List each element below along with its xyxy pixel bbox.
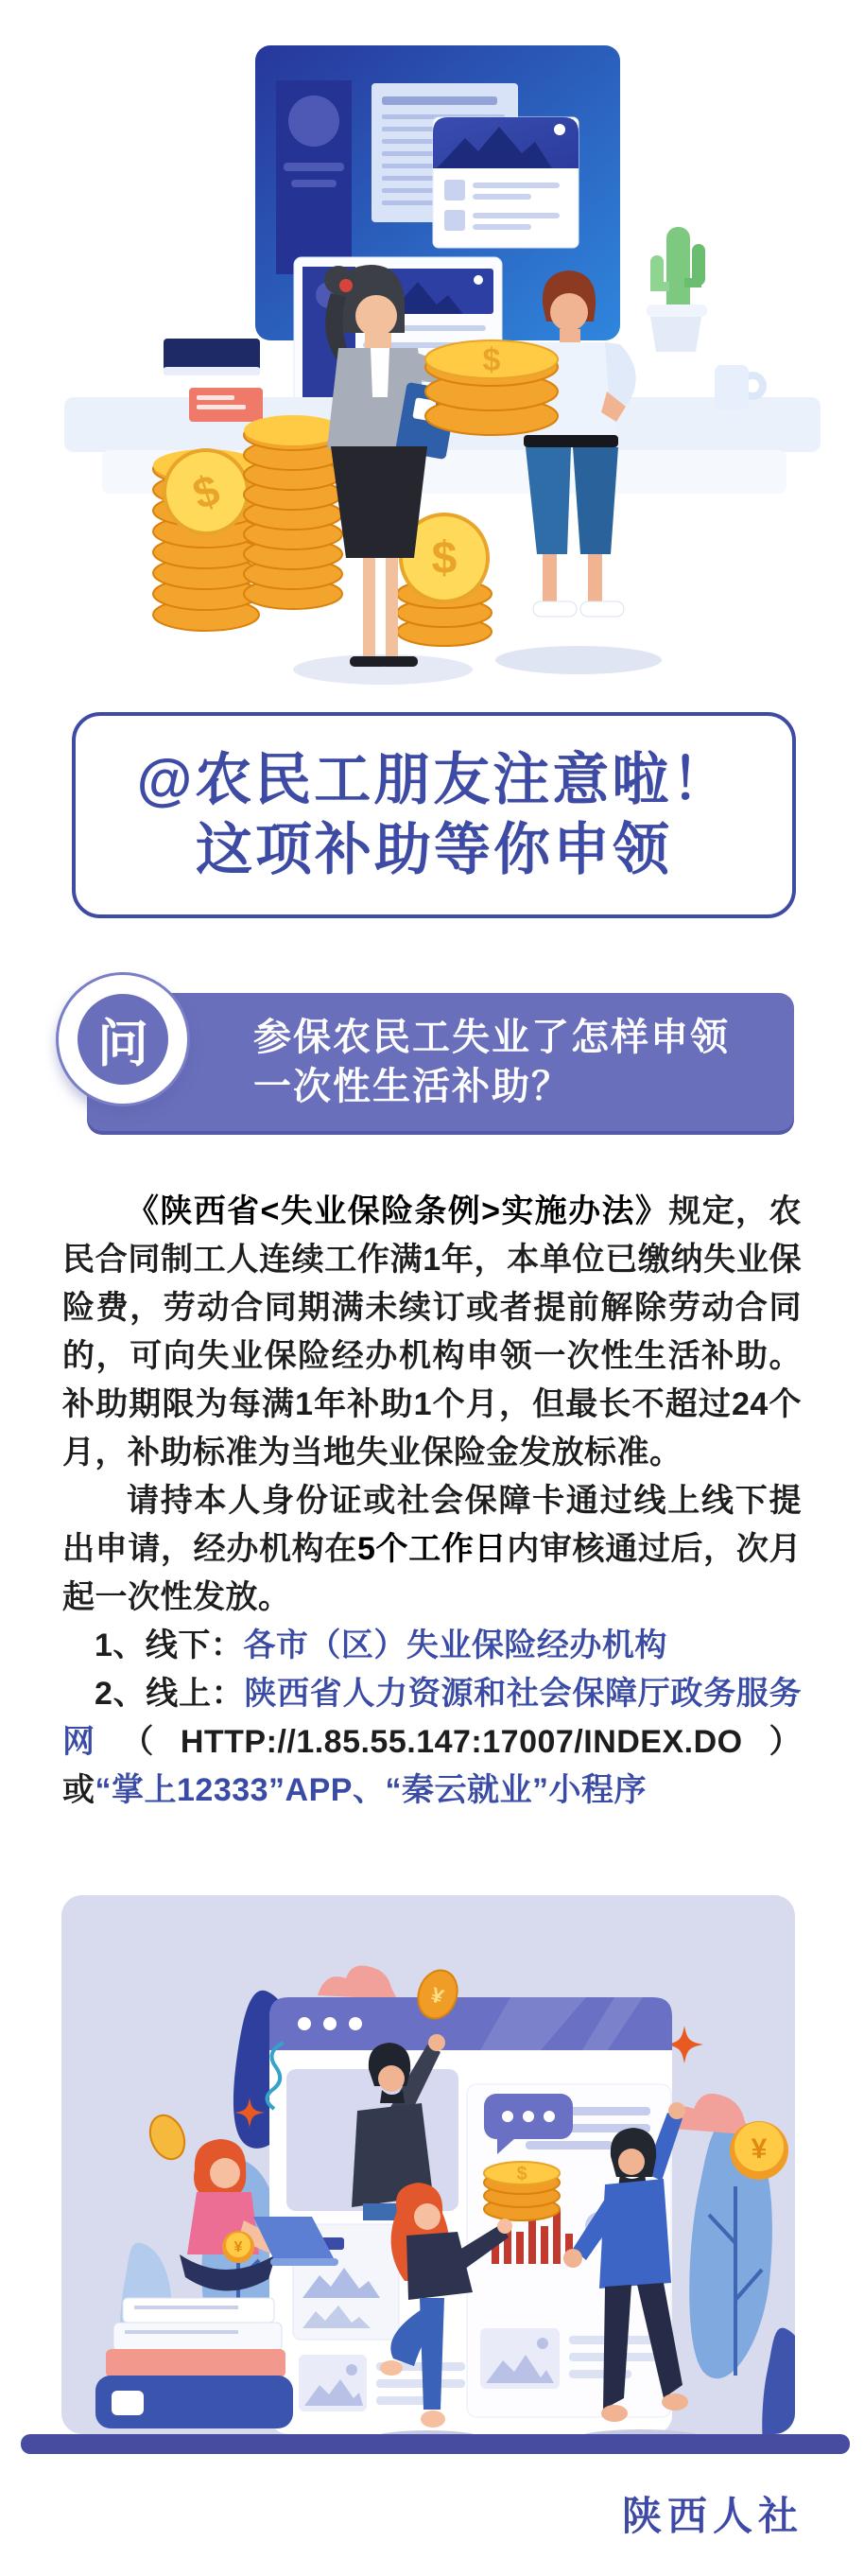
question-badge-circle: 问	[56, 972, 190, 1106]
dollar-coin-icon: $	[432, 533, 458, 583]
coin-stack-center: $	[425, 340, 558, 435]
link-text[interactable]: 各市（区）失业保险经办机构	[243, 1627, 667, 1663]
hero-illustration-office: $ $	[0, 0, 864, 709]
cactus-icon	[647, 227, 707, 352]
svg-text:¥: ¥	[752, 2133, 768, 2165]
title-line-1: @农民工朋友注意啦！	[137, 749, 732, 811]
paragraph-apply: 请持本人身份证或社会保障卡通过线上线下提出申请，经办机构在5个工作日内审核通过后…	[62, 1477, 802, 1622]
question-line-1: 参保农民工失业了怎样申领	[253, 1016, 794, 1059]
coin-stack-icon: $	[484, 2162, 560, 2220]
hair-tie	[339, 279, 353, 292]
window-dot	[298, 2017, 311, 2030]
notebook	[164, 339, 260, 375]
text-segment: 5个工作日	[357, 1531, 507, 1567]
question-box: 参保农民工失业了怎样申领 一次性生活补助？	[87, 993, 794, 1131]
title-line-2: 这项补助等你申领	[196, 819, 672, 881]
list-item-online: 2、线上：陕西省人力资源和社会保障厅政务服务网（HTTP://1.85.55.1…	[62, 1670, 802, 1815]
text-segment: 2、线上：	[95, 1676, 244, 1712]
dollar-coin-icon: $	[516, 2164, 527, 2184]
footer-brand: 陕西人社	[622, 2485, 804, 2542]
paragraph-regulation: 《陕西省<失业保险条例>实施办法》规定，农民合同制工人连续工作满1年，本单位已缴…	[62, 1188, 802, 1477]
text-segment: 《陕西省<失业保险条例>实施办法》	[127, 1193, 668, 1229]
text-segment: 规定，农民合同制工人连续工作满1年，本单位已缴纳失业保险费，劳动合同期满未续订或…	[62, 1193, 802, 1471]
article-body: 《陕西省<失业保险条例>实施办法》规定，农民合同制工人连续工作满1年，本单位已缴…	[62, 1188, 802, 1815]
title-banner: @农民工朋友注意啦！ 这项补助等你申领	[72, 712, 796, 918]
floor-bar	[21, 2434, 850, 2454]
mountain-card	[433, 117, 579, 248]
book-stack	[95, 2298, 293, 2428]
poster-page: $ $	[0, 0, 864, 2576]
moon-icon	[554, 124, 565, 135]
speech-bubble-icon: 问	[78, 994, 168, 1085]
yuan-coin-icon: ¥	[730, 2121, 788, 2180]
question-line-2: 一次性生活补助？	[253, 1065, 794, 1108]
question-badge-char: 问	[97, 1003, 148, 1076]
flyer	[189, 388, 263, 422]
link-text[interactable]: “掌上12333”APP、“秦云就业”小程序	[95, 1772, 647, 1808]
avatar	[288, 96, 339, 147]
window-dot	[323, 2017, 337, 2030]
dollar-coin-icon: $	[483, 342, 501, 378]
text-segment: 1、线下：	[95, 1627, 243, 1663]
hero-illustration-teamwork: $ ¥ ¥	[0, 1884, 864, 2475]
coin-stack-left-2	[244, 415, 342, 609]
window-dot	[349, 2017, 362, 2030]
shadow	[495, 646, 662, 674]
svg-text:¥: ¥	[234, 2239, 243, 2255]
list-item-offline: 1、线下：各市（区）失业保险经办机构	[62, 1622, 802, 1670]
